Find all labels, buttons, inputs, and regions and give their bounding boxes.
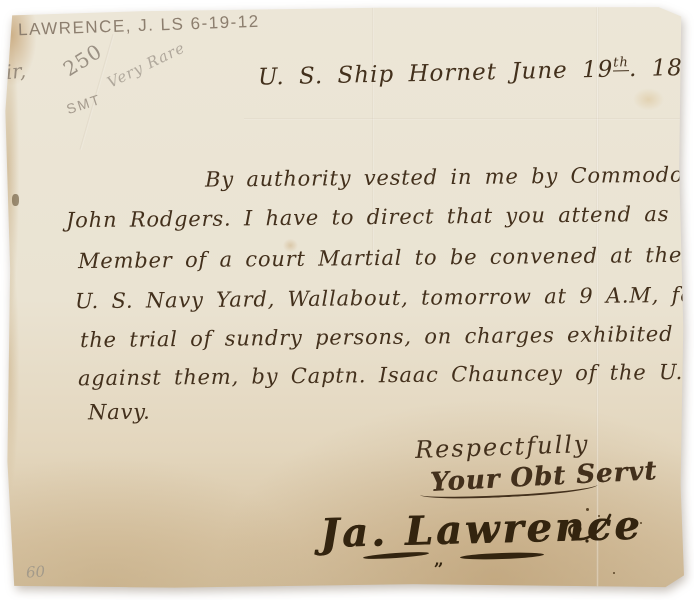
- pencil-catalog-annotation: LAWRENCE, J. LS 6-19-12: [18, 12, 260, 40]
- stain-spot-left-edge: [12, 194, 19, 206]
- scanned-letter: LAWRENCE, J. LS 6-19-12 Sir, 250 SMT Ver…: [0, 0, 694, 600]
- dateline-superscript: th: [613, 55, 629, 71]
- pencil-very-rare-annotation: Very Rare: [104, 38, 188, 91]
- pencil-price-annotation: 250: [59, 39, 107, 81]
- body-line: Member of a court Martial to be convened…: [78, 243, 682, 273]
- body-line: U. S. Navy Yard, Wallabout, tomorrow at …: [75, 283, 686, 314]
- pencil-bottom-number-annotation: 60: [25, 562, 45, 581]
- horizontal-fold-crease: [244, 118, 686, 120]
- body-line: John Rodgers. I have to direct that you …: [66, 202, 686, 233]
- dateline-year: . 1812: [629, 54, 686, 82]
- ink-speck: [613, 572, 615, 574]
- signature-ja-lawrence: Ja. Lawrence: [319, 502, 643, 557]
- body-line: By authority vested in me by Commodore: [205, 162, 686, 191]
- body-line: Navy.: [88, 400, 151, 425]
- body-line: against them, by Captn. Isaac Chauncey o…: [78, 360, 686, 391]
- closing-respectfully: Respectfully: [415, 430, 590, 464]
- letter-paper: LAWRENCE, J. LS 6-19-12 Sir, 250 SMT Ver…: [4, 6, 686, 590]
- pencil-smt-annotation: SMT: [64, 91, 103, 117]
- pencil-salutation-annotation: Sir,: [4, 58, 27, 85]
- body-line: the trial of sundry persons, on charges …: [80, 322, 674, 352]
- dateline-text: U. S. Ship Hornet June 19: [258, 57, 614, 91]
- dateline: U. S. Ship Hornet June 19th. 1812: [258, 52, 686, 90]
- signature-ditto-mark: „: [434, 550, 444, 570]
